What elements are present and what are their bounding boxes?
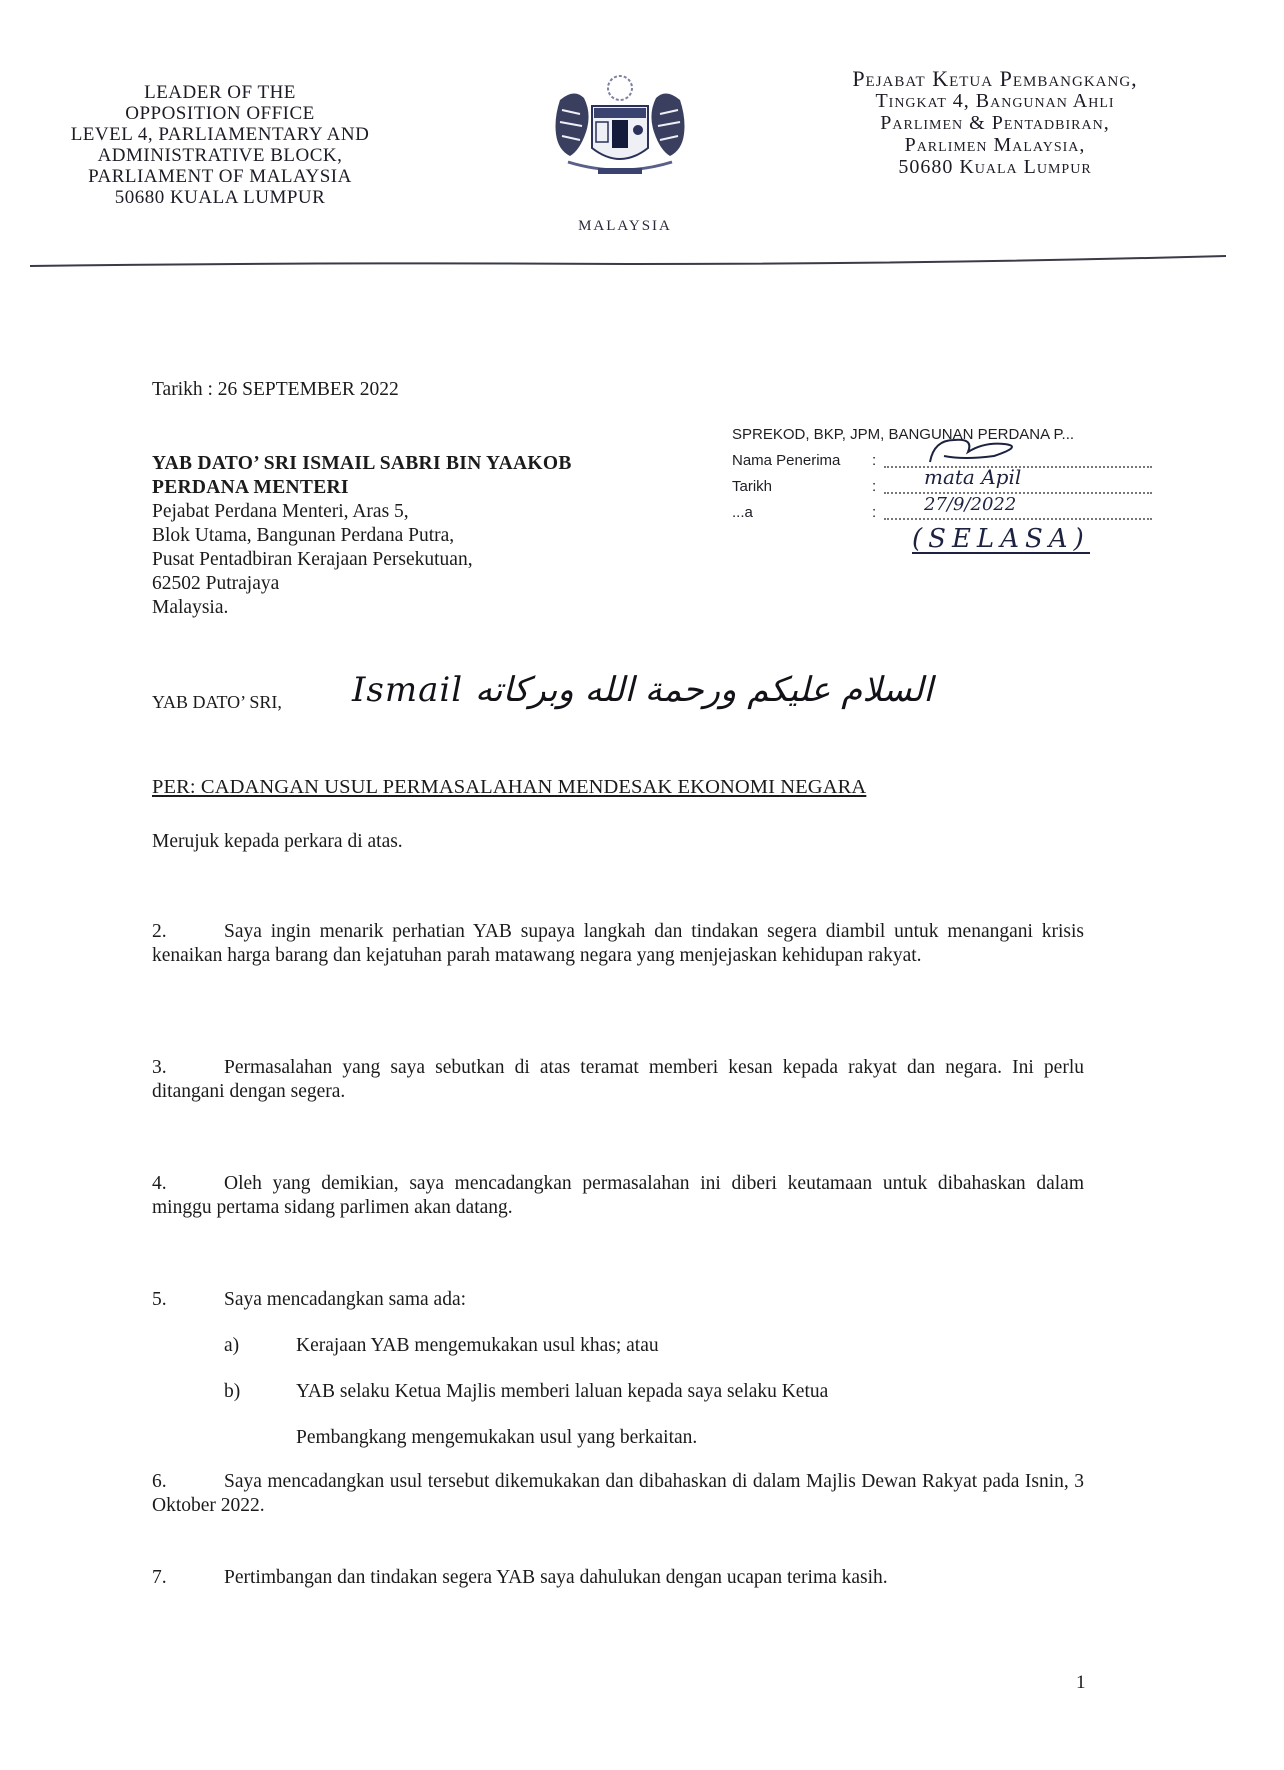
address-line: Pejabat Perdana Menteri, Aras 5, [152,500,712,524]
opening-line: Merujuk kepada perkara di atas. [152,830,403,854]
recipient-title: PERDANA MENTERI [152,476,712,500]
paragraph-6: 6.Saya mencadangkan usul tersebut dikemu… [152,1470,1084,1518]
handwritten-value: 27/9/2022 [924,492,1016,518]
letterhead-line: 50680 KUALA LUMPUR [40,187,400,208]
letterhead-line: Pejabat Ketua Pembangkang, [790,68,1200,90]
letterhead-divider [28,254,1228,270]
address-line: Blok Utama, Bangunan Perdana Putra, [152,524,712,548]
paragraph-number: 4. [152,1172,224,1196]
paragraph-number: 5. [152,1288,224,1312]
sub-item-label: b) [224,1380,296,1404]
address-line: 62502 Putrajaya [152,572,712,596]
salutation: YAB DATO’ SRI, [152,690,282,714]
paragraph-text: Pertimbangan dan tindakan segera YAB say… [224,1567,888,1588]
crest-caption: MALAYSIA [560,218,690,235]
letterhead-english: LEADER OF THE OPPOSITION OFFICE LEVEL 4,… [40,82,400,208]
subject-line: PER: CADANGAN USUL PERMASALAHAN MENDESAK… [152,775,866,799]
paragraph-text: Saya mencadangkan sama ada: [224,1289,466,1310]
paragraph-5: 5.Saya mencadangkan sama ada: [152,1288,1084,1312]
stamp-label: Nama Penerima [732,448,872,474]
paragraph-4: 4.Oleh yang demikian, saya mencadangkan … [152,1172,1084,1220]
letterhead-line: ADMINISTRATIVE BLOCK, [40,145,400,166]
page-number: 1 [1076,1672,1086,1694]
paragraph-number: 2. [152,920,224,944]
paragraph-number: 3. [152,1056,224,1080]
sub-item-a: a)Kerajaan YAB mengemukakan usul khas; a… [224,1334,1024,1358]
handwritten-value: mata Apil [924,464,1021,490]
paragraph-number: 7. [152,1566,224,1590]
letterhead-line: Tingkat 4, Bangunan Ahli [790,90,1200,112]
paragraph-text: Permasalahan yang saya sebutkan di atas … [152,1057,1084,1102]
address-line: Malaysia. [152,596,712,620]
signature-scribble-icon [924,434,1034,464]
recipient-address: YAB DATO’ SRI ISMAIL SABRI BIN YAAKOB PE… [152,452,712,620]
letterhead-line: LEVEL 4, PARLIAMENTARY AND [40,124,400,145]
handwritten-greeting: Ismail السلام عليكم ورحمة الله وبركاته [352,670,933,710]
received-stamp: SPREKOD, BKP, JPM, BANGUNAN PERDANA P...… [732,422,1152,560]
sub-item-b: b)YAB selaku Ketua Majlis memberi laluan… [224,1380,1024,1404]
sub-item-text: Kerajaan YAB mengemukakan usul khas; ata… [296,1335,659,1356]
letterhead-line: LEADER OF THE [40,82,400,103]
address-line: Pusat Pentadbiran Kerajaan Persekutuan, [152,548,712,572]
stamp-label: Tarikh [732,474,872,500]
stamp-row: ...a : 27/9/2022 [732,500,1152,526]
letterhead-malay: Pejabat Ketua Pembangkang, Tingkat 4, Ba… [790,68,1200,178]
paragraph-7: 7.Pertimbangan dan tindakan segera YAB s… [152,1566,1084,1590]
handwritten-day: (SELASA) [912,526,1090,554]
letterhead-line: OPPOSITION OFFICE [40,103,400,124]
paragraph-3: 3.Permasalahan yang saya sebutkan di ata… [152,1056,1084,1104]
paragraph-text: Saya ingin menarik perhatian YAB supaya … [152,921,1084,966]
paragraph-number: 6. [152,1470,224,1494]
malaysia-coat-of-arms-icon [540,70,700,190]
stamp-label: ...a [732,500,872,526]
stamp-day: (SELASA) [732,526,1152,560]
sub-item-text: YAB selaku Ketua Majlis memberi laluan k… [296,1381,828,1402]
letterhead-line: Parlimen Malaysia, [790,134,1200,156]
paragraph-text: Oleh yang demikian, saya mencadangkan pe… [152,1173,1084,1218]
stamp-field: 27/9/2022 [884,500,1152,520]
sub-item-b-continuation: Pembangkang mengemukakan usul yang berka… [296,1426,697,1450]
letterhead-line: Parlimen & Pentadbiran, [790,112,1200,134]
paragraph-2: 2.Saya ingin menarik perhatian YAB supay… [152,920,1084,968]
stamp-field: mata Apil [884,474,1152,494]
letterhead-line: 50680 Kuala Lumpur [790,156,1200,178]
paragraph-text: Saya mencadangkan usul tersebut dikemuka… [152,1471,1084,1516]
sub-item-label: a) [224,1334,296,1358]
recipient-name: YAB DATO’ SRI ISMAIL SABRI BIN YAAKOB [152,452,712,476]
letterhead-line: PARLIAMENT OF MALAYSIA [40,166,400,187]
letter-date: Tarikh : 26 SEPTEMBER 2022 [152,378,399,402]
